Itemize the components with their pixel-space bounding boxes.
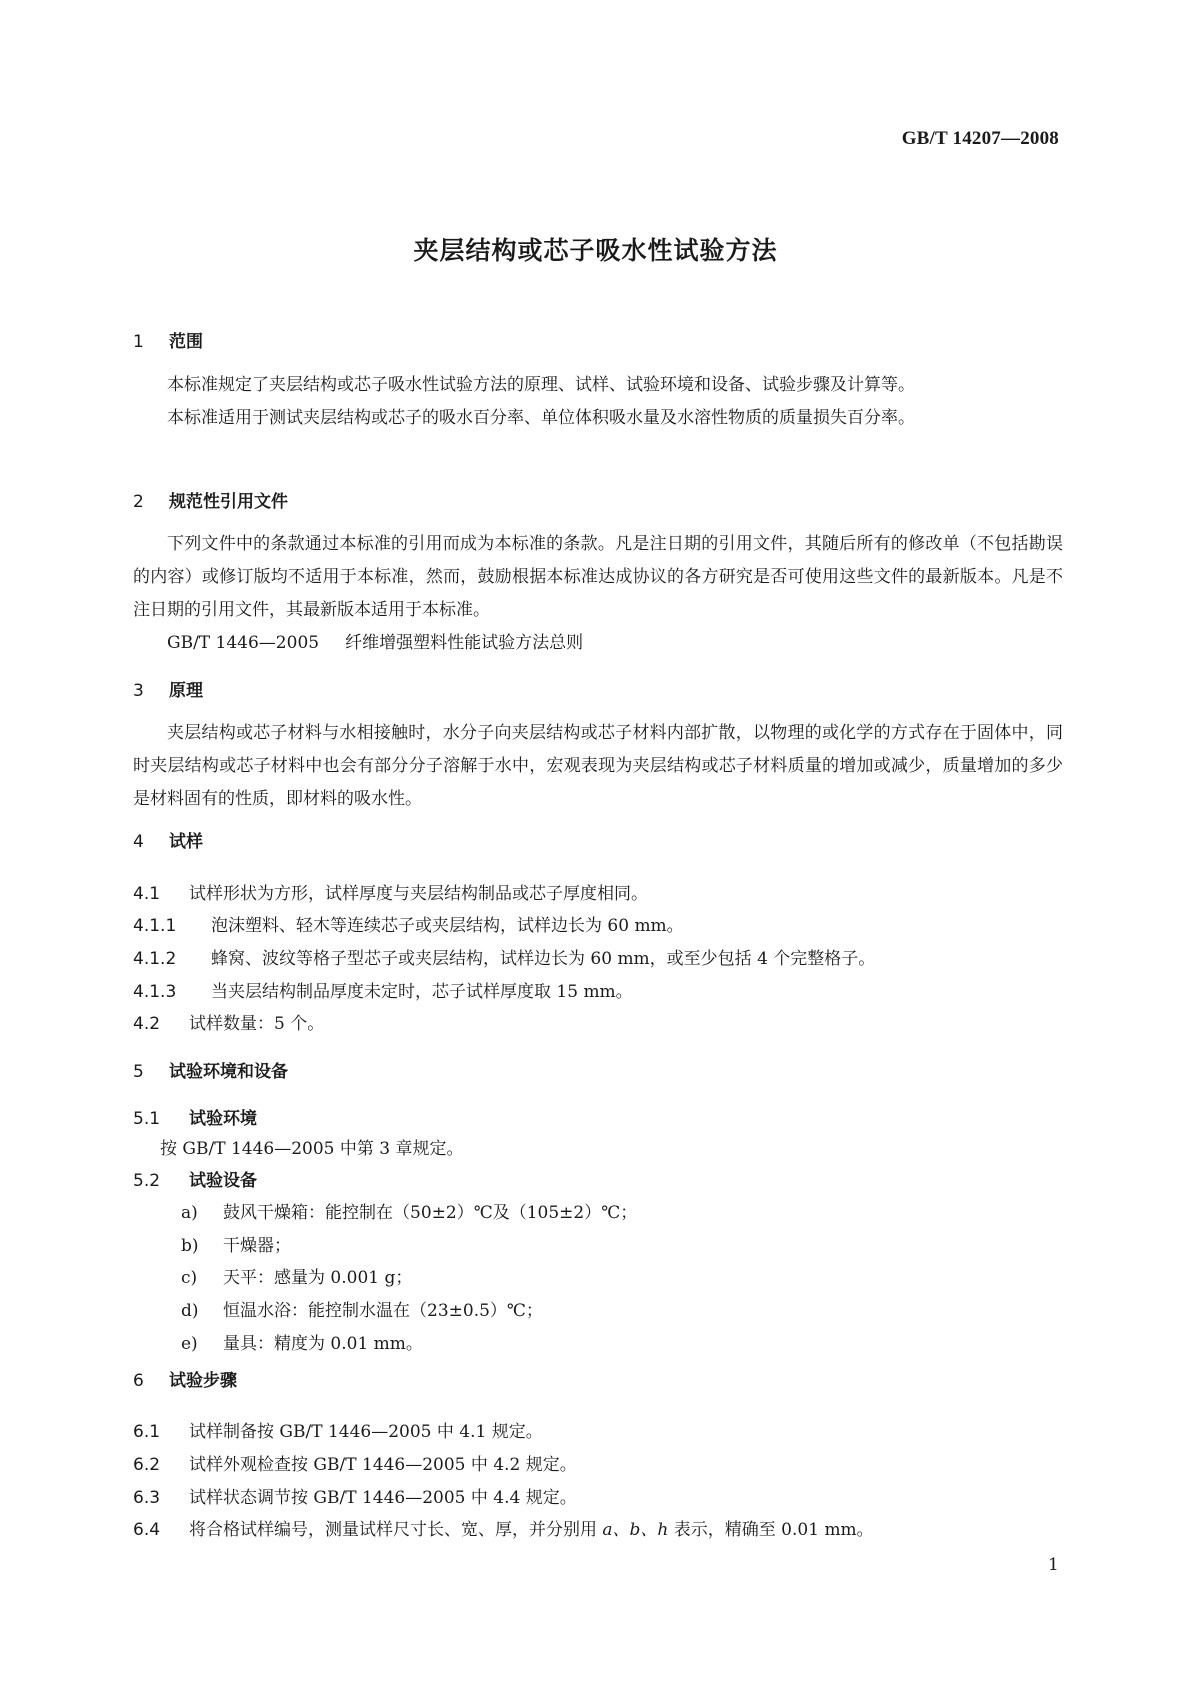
section-title: 原理 xyxy=(169,681,203,701)
clause-text: 试样外观检查按 GB/T 1446—2005 中 4.2 规定。 xyxy=(189,1455,577,1475)
section-title: 试验步骤 xyxy=(169,1371,237,1391)
equipment-item-e: e)量具：精度为 0.01 mm。 xyxy=(181,1329,423,1354)
clause-number: 6.2 xyxy=(133,1455,189,1475)
list-marker: e) xyxy=(181,1334,223,1354)
subsection-title: 试验环境 xyxy=(189,1109,257,1129)
clause-text: 试样状态调节按 GB/T 1446—2005 中 4.4 规定。 xyxy=(189,1488,577,1508)
clause-text: 表示，精确至 0.01 mm。 xyxy=(668,1520,873,1540)
list-marker: d) xyxy=(181,1301,223,1321)
list-text: 干燥器； xyxy=(223,1236,291,1256)
section-title: 规范性引用文件 xyxy=(169,492,288,512)
equipment-item-d: d)恒温水浴：能控制水温在（23±0.5）℃； xyxy=(181,1296,543,1321)
clause-number: 4.1.1 xyxy=(133,916,211,936)
list-text: 恒温水浴：能控制水温在（23±0.5）℃； xyxy=(223,1301,543,1321)
equipment-item-c: c)天平：感量为 0.001 g； xyxy=(181,1263,412,1288)
list-text: 鼓风干燥箱：能控制在（50±2）℃及（105±2）℃； xyxy=(223,1203,637,1223)
list-marker: a) xyxy=(181,1203,223,1223)
clause-text: 试样数量：5 个。 xyxy=(189,1014,324,1034)
list-text: 天平：感量为 0.001 g； xyxy=(223,1268,412,1288)
section-heading-principle: 3原理 xyxy=(133,676,203,701)
clause-number: 4.1.3 xyxy=(133,982,211,1002)
section-title: 试验环境和设备 xyxy=(169,1062,288,1082)
clause-4-1: 4.1试样形状为方形，试样厚度与夹层结构制品或芯子厚度相同。 xyxy=(133,879,648,904)
standard-code: GB/T 14207—2008 xyxy=(902,128,1059,150)
list-text: 量具：精度为 0.01 mm。 xyxy=(223,1334,423,1354)
subsection-title: 试验设备 xyxy=(189,1171,257,1191)
section-number: 6 xyxy=(133,1371,169,1391)
section-title: 范围 xyxy=(169,332,203,352)
section-heading-test-procedure: 6试验步骤 xyxy=(133,1366,237,1391)
section-number: 4 xyxy=(133,832,169,852)
section-number: 5 xyxy=(133,1062,169,1082)
clause-number: 4.1 xyxy=(133,884,189,904)
section-body-scope: 本标准规定了夹层结构或芯子吸水性试验方法的原理、试样、试验环境和设备、试验步骤及… xyxy=(133,369,1063,435)
subsection-heading-test-environment: 5.1试验环境 xyxy=(133,1104,257,1129)
section-title: 试样 xyxy=(169,832,203,852)
clause-4-1-2: 4.1.2蜂窝、波纹等格子型芯子或夹层结构，试样边长为 60 mm，或至少包括 … xyxy=(133,944,875,969)
reference-title: 纤维增强塑料性能试验方法总则 xyxy=(345,633,583,653)
section-body-normative-references: 下列文件中的条款通过本标准的引用而成为本标准的条款。凡是注日期的引用文件，其随后… xyxy=(133,528,1063,660)
subsection-number: 5.2 xyxy=(133,1171,189,1191)
clause-text: 试样制备按 GB/T 1446—2005 中 4.1 规定。 xyxy=(189,1422,543,1442)
section-body-principle: 夹层结构或芯子材料与水相接触时，水分子向夹层结构或芯子材料内部扩散，以物理的或化… xyxy=(133,717,1063,816)
clause-text: 当夹层结构制品厚度未定时，芯子试样厚度取 15 mm。 xyxy=(211,982,633,1002)
section-number: 3 xyxy=(133,681,169,701)
list-marker: b) xyxy=(181,1236,223,1256)
reference-code: GB/T 1446—2005 xyxy=(167,633,319,653)
clause-number: 4.1.2 xyxy=(133,949,211,969)
paragraph: 本标准规定了夹层结构或芯子吸水性试验方法的原理、试样、试验环境和设备、试验步骤及… xyxy=(133,369,1063,402)
subsection-heading-test-equipment: 5.2试验设备 xyxy=(133,1166,257,1191)
clause-4-1-1: 4.1.1泡沫塑料、轻木等连续芯子或夹层结构，试样边长为 60 mm。 xyxy=(133,911,684,936)
section-number: 1 xyxy=(133,332,169,352)
clause-text: 试样形状为方形，试样厚度与夹层结构制品或芯子厚度相同。 xyxy=(189,884,648,904)
paragraph: 本标准适用于测试夹层结构或芯子的吸水百分率、单位体积吸水量及水溶性物质的质量损失… xyxy=(133,402,1063,435)
section-heading-normative-references: 2规范性引用文件 xyxy=(133,487,288,512)
variable-symbols: a、b、h xyxy=(602,1520,668,1540)
clause-number: 6.3 xyxy=(133,1488,189,1508)
equipment-item-a: a)鼓风干燥箱：能控制在（50±2）℃及（105±2）℃； xyxy=(181,1198,637,1223)
clause-number: 6.1 xyxy=(133,1422,189,1442)
clause-text: 将合格试样编号，测量试样尺寸长、宽、厚，并分别用 xyxy=(189,1520,602,1540)
document-title: 夹层结构或芯子吸水性试验方法 xyxy=(0,231,1191,267)
subsection-body-test-environment: 按 GB/T 1446—2005 中第 3 章规定。 xyxy=(160,1134,464,1159)
clause-6-2: 6.2试样外观检查按 GB/T 1446—2005 中 4.2 规定。 xyxy=(133,1450,577,1475)
clause-6-3: 6.3试样状态调节按 GB/T 1446—2005 中 4.4 规定。 xyxy=(133,1483,577,1508)
subsection-number: 5.1 xyxy=(133,1109,189,1129)
section-heading-scope: 1范围 xyxy=(133,327,203,352)
clause-4-1-3: 4.1.3当夹层结构制品厚度未定时，芯子试样厚度取 15 mm。 xyxy=(133,977,633,1002)
clause-4-2: 4.2试样数量：5 个。 xyxy=(133,1009,324,1034)
list-marker: c) xyxy=(181,1268,223,1288)
clause-number: 4.2 xyxy=(133,1014,189,1034)
section-number: 2 xyxy=(133,492,169,512)
paragraph: 下列文件中的条款通过本标准的引用而成为本标准的条款。凡是注日期的引用文件，其随后… xyxy=(133,528,1063,627)
clause-text: 泡沫塑料、轻木等连续芯子或夹层结构，试样边长为 60 mm。 xyxy=(211,916,684,936)
equipment-item-b: b)干燥器； xyxy=(181,1231,291,1256)
section-heading-specimens: 4试样 xyxy=(133,827,203,852)
section-heading-environment-equipment: 5试验环境和设备 xyxy=(133,1057,288,1082)
page-number: 1 xyxy=(1048,1555,1059,1575)
reference-entry: GB/T 1446—2005纤维增强塑料性能试验方法总则 xyxy=(133,627,1063,660)
clause-number: 6.4 xyxy=(133,1520,189,1540)
clause-6-1: 6.1试样制备按 GB/T 1446—2005 中 4.1 规定。 xyxy=(133,1417,543,1442)
clause-6-4: 6.4将合格试样编号，测量试样尺寸长、宽、厚，并分别用 a、b、h 表示，精确至… xyxy=(133,1515,874,1540)
paragraph: 夹层结构或芯子材料与水相接触时，水分子向夹层结构或芯子材料内部扩散，以物理的或化… xyxy=(133,717,1063,816)
clause-text: 蜂窝、波纹等格子型芯子或夹层结构，试样边长为 60 mm，或至少包括 4 个完整… xyxy=(211,949,875,969)
